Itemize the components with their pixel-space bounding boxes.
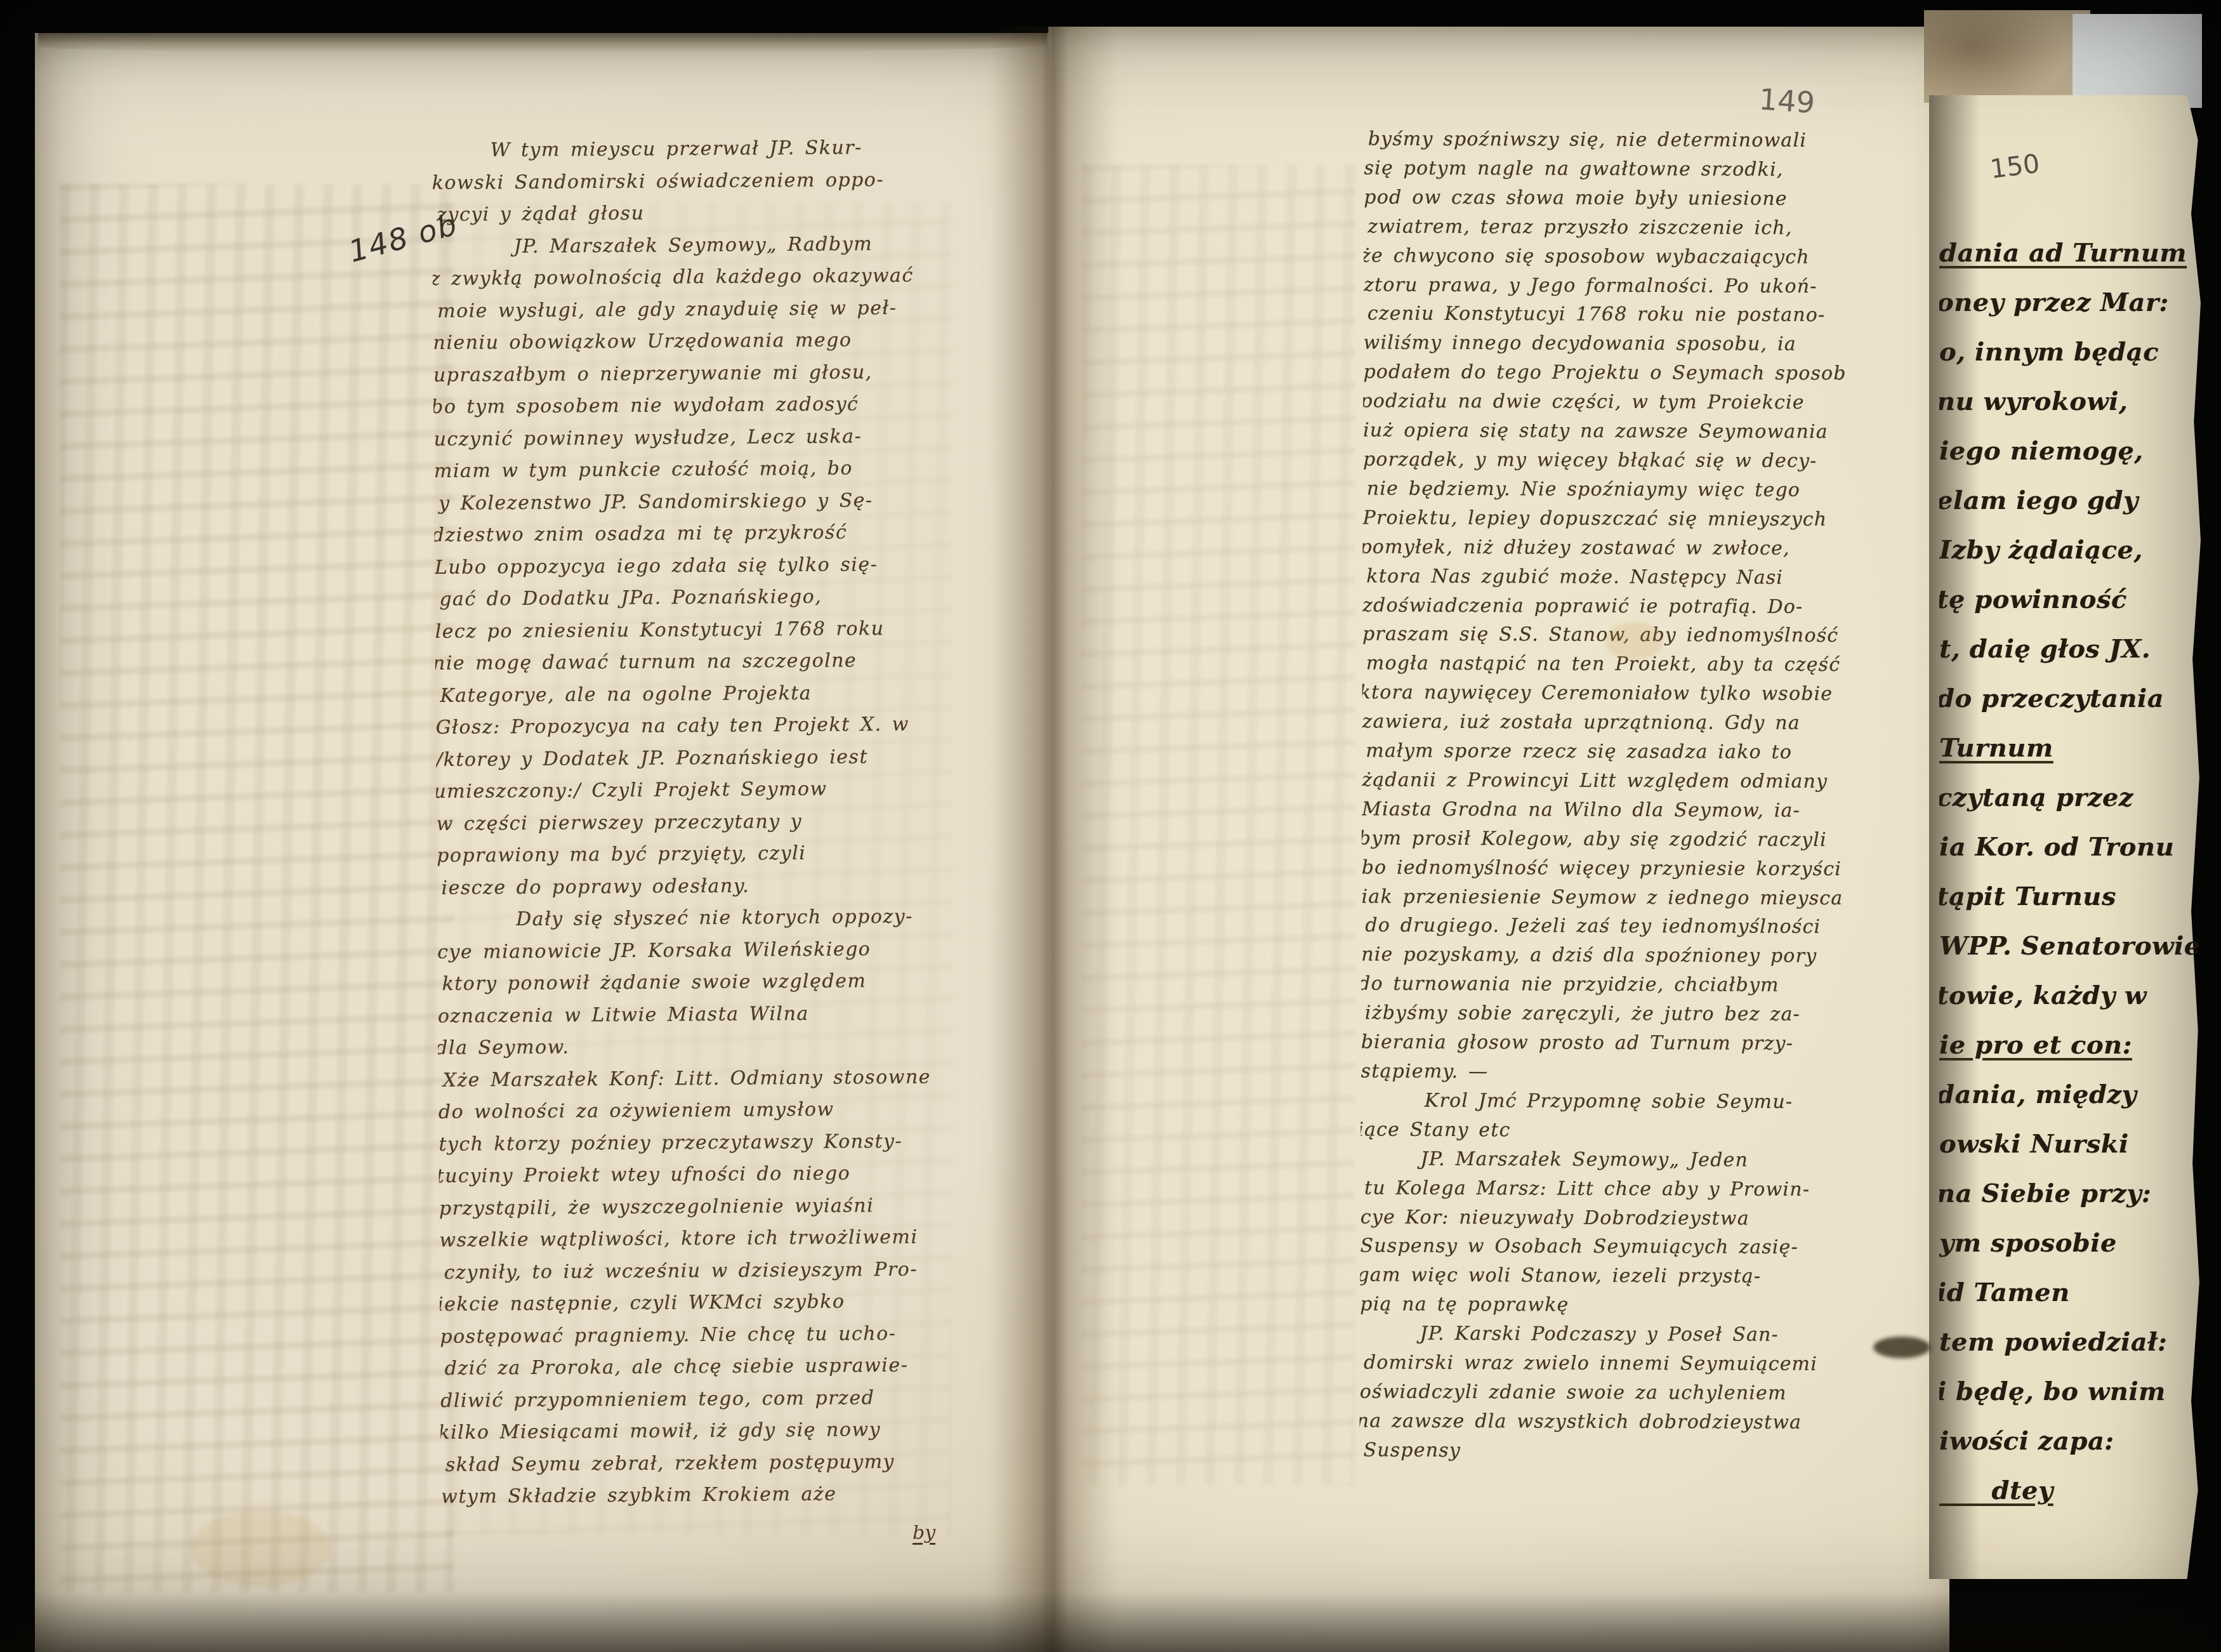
- handwritten-line: w części pierwszey przeczytany y: [437, 805, 973, 840]
- center-page-handwriting: byśmy spoźniwszy się, nie determinowalis…: [1359, 124, 1914, 1503]
- handwritten-line: Proiektu, lepiey dopuszczać się mnieyszy…: [1363, 503, 1913, 534]
- handwritten-line: pią na tę poprawkę: [1360, 1290, 1909, 1321]
- handwritten-line: o, innym będąc: [1939, 327, 2199, 377]
- handwritten-line: Głosz: Propozycya na cały ten Projekt X.…: [436, 708, 973, 744]
- handwritten-line: Suspensy w Osobach Seymuiących zasię-: [1361, 1232, 1910, 1263]
- handwritten-line: czyniły, to iuż wcześniu w dzisieyszym P…: [444, 1253, 979, 1288]
- handwritten-line: poprawiony ma być przyięty, czyli: [437, 836, 973, 872]
- handwritten-line: iekcie następnie, czyli WKMci szybko: [437, 1285, 974, 1321]
- handwritten-line: stąpiemy. —: [1361, 1057, 1911, 1088]
- handwritten-line: iego niemogę,: [1939, 426, 2199, 476]
- handwritten-line: tych ktorzy poźniey przeczytawszy Konsty…: [438, 1125, 975, 1161]
- handwritten-line: oney przez Mar:: [1939, 278, 2197, 327]
- catchword: by: [913, 1522, 935, 1544]
- handwritten-line: y Kolezenstwo JP. Sandomirskiego y Sę-: [438, 484, 975, 520]
- handwritten-line: tę powinność: [1939, 575, 2197, 624]
- handwritten-line: dzić za Proroka, ale chcę siebie usprawi…: [445, 1349, 979, 1385]
- handwritten-line: Kategorye, ale na ogolne Projekta: [440, 677, 977, 712]
- handwritten-line: ktory ponowił żądanie swoie względem: [442, 965, 978, 1000]
- handwritten-line: iące Stany etc: [1359, 1115, 1907, 1146]
- handwritten-line: iescze do poprawy odesłany.: [441, 868, 978, 904]
- handwritten-line: tu Kolega Marsz: Litt chce aby y Prowin-: [1364, 1173, 1914, 1205]
- handwritten-line: Xże Marszałek Konf: Litt. Odmiany stosow…: [442, 1061, 978, 1096]
- handwritten-line: kilko Miesiącami mowił, iż gdy się nowy: [438, 1413, 975, 1449]
- handwritten-line: zycyi y żądał głosu: [437, 195, 973, 231]
- handwritten-line: oświadczyli zdanie swoie za uchyleniem: [1360, 1377, 1909, 1408]
- handwritten-line: Dały się słyszeć nie ktorych oppozy-: [435, 901, 972, 936]
- handwritten-line: t, daię głos JX.: [1939, 624, 2199, 674]
- handwritten-line: nie mogę dawać turnum na szczegolne: [433, 644, 970, 680]
- handwritten-line: do turnowania nie przyidzie, chciałbym: [1359, 970, 1908, 1001]
- handwritten-line: Miasta Grodna na Wilno dla Seymow, ia-: [1362, 795, 1911, 826]
- handwritten-line: wtym Składzie szybkim Krokiem aże: [441, 1477, 978, 1513]
- handwritten-line: tąpit Turnus: [1939, 872, 2197, 922]
- handwritten-line: Suspensy: [1363, 1436, 1913, 1467]
- handwritten-line: ztoru prawa, y Jego formalności. Po ukoń…: [1364, 270, 1913, 301]
- left-page-handwriting: W tym mieyscu przerwał JP. Skur-kowski S…: [432, 131, 979, 1550]
- handwritten-line: WPP. Senatorowie: [1939, 922, 2199, 971]
- handwritten-line: do przeczytania: [1939, 674, 2197, 724]
- handwritten-line: podałem do tego Projektu o Seymach sposo…: [1363, 358, 1913, 389]
- handwritten-line: gać do Dodatku JPa. Poznańskiego,: [439, 580, 976, 616]
- ink-blot: [1873, 1337, 1930, 1358]
- handwritten-line: JP. Karski Podczaszy y Poseł San-: [1360, 1319, 1909, 1351]
- handwritten-line: byśmy spoźniwszy się, nie determinowali: [1368, 125, 1914, 156]
- handwritten-line: porządek, y my więcey błąkać się w decy-: [1363, 445, 1913, 476]
- right-page-handwriting: dania ad Turnumoney przez Mar:o, innym b…: [1939, 228, 2199, 1555]
- handwritten-line: umieszczony:/ Czyli Projekt Seymow: [433, 772, 970, 808]
- paper-fragment-pale: [2073, 14, 2202, 108]
- handwritten-line: id Tamen: [1939, 1268, 2197, 1318]
- handwritten-line: się potym nagle na gwałtowne srzodki,: [1364, 154, 1913, 185]
- manuscript-scan: W tym mieyscu przerwał JP. Skur-kowski S…: [0, 0, 2221, 1652]
- handwritten-line: do wolności za ożywieniem umysłow: [438, 1093, 975, 1128]
- handwritten-line: na zawsze dla wszystkich dobrodzieystwa: [1359, 1406, 1906, 1437]
- handwritten-line: dziestwo znim osadza mi tę przykrość: [432, 516, 968, 552]
- handwritten-line: JP. Marszałek Seymowy„ Radbym: [432, 228, 969, 263]
- handwritten-line: bym prosił Kolegow, aby się zgodzić racz…: [1359, 824, 1908, 855]
- handwritten-line: dania ad Turnum: [1939, 228, 2199, 278]
- handwritten-line: gam więc woli Stanow, iezeli przystą-: [1359, 1261, 1906, 1292]
- handwritten-line: postępować pragniemy. Nie chcę tu ucho-: [440, 1318, 977, 1353]
- handwritten-line: zwiatrem, teraz przyszło ziszczenie ich,: [1368, 212, 1914, 243]
- handwritten-line: /ktorey y Dodatek JP. Poznańskiego iest: [436, 741, 973, 776]
- handwritten-line: skład Seymu zebrał, rzekłem postępuymy: [445, 1445, 979, 1481]
- handwritten-line: żądanii z Prowincyi Litt względem odmian…: [1362, 765, 1911, 796]
- handwritten-line: moie wysługi, ale gdy znayduię się w peł…: [437, 292, 974, 327]
- handwritten-line: uczynić powinney wysłudze, Lecz uska-: [433, 420, 970, 456]
- handwritten-line: iak przeniesienie Seymow z iednego mieys…: [1361, 882, 1911, 913]
- handwritten-line: dtey: [1939, 1466, 2197, 1516]
- handwritten-line: iwości zapa:: [1939, 1417, 2199, 1466]
- handwritten-line: zdoświadczenia poprawić ie potrafią. Do-: [1362, 591, 1912, 622]
- handwritten-line: że chwycono się sposobow wybaczaiących: [1361, 241, 1910, 272]
- handwritten-line: Lubo oppozycya iego zdała się tylko się-: [435, 548, 972, 584]
- handwritten-line: bierania głosow prosto ad Turnum przy-: [1361, 1028, 1911, 1059]
- handwritten-line: i będę, bo wnim: [1939, 1367, 2197, 1417]
- paper-stain: [1605, 622, 1663, 660]
- handwritten-line: cye mianowicie JP. Korsaka Wileńskiego: [437, 933, 974, 968]
- paper-stain: [190, 1510, 330, 1587]
- handwritten-line: nie pozyskamy, a dziś dla spoźnioney por…: [1361, 941, 1911, 972]
- handwritten-line: kowski Sandomirski oświadczeniem oppo-: [432, 164, 969, 199]
- handwritten-line: Izby żądaiące,: [1939, 525, 2199, 575]
- handwritten-line: z zwykłą powolnością dla każdego okazywa…: [432, 260, 967, 295]
- handwritten-line: na Siebie przy:: [1939, 1169, 2197, 1219]
- handwritten-line: JP. Marszałek Seymowy„ Jeden: [1361, 1144, 1910, 1175]
- folio-number-150: 150: [1988, 148, 2041, 184]
- handwritten-line: nu wyrokowi,: [1939, 377, 2197, 426]
- handwritten-line: ktora Nas zgubić może. Następcy Nasi: [1366, 562, 1914, 593]
- handwritten-line: Krol Jmć Przypomnę sobie Seymu-: [1364, 1086, 1913, 1117]
- handwritten-line: iuż opiera się staty na zawsze Seymowani…: [1363, 416, 1913, 447]
- handwritten-line: Turnum: [1939, 724, 2199, 773]
- paper-fragment-tan: [1924, 10, 2090, 103]
- handwritten-line: dania, między: [1939, 1070, 2197, 1120]
- handwritten-line: pod ow czas słowa moie były uniesione: [1364, 183, 1913, 214]
- handwritten-line: bo tym sposobem nie wydołam zadosyć: [432, 388, 968, 423]
- handwritten-line: wiliśmy innego decydowania sposobu, ia: [1364, 329, 1913, 360]
- handwritten-line: cye Kor: nieuzywały Dobrodzieystwa: [1361, 1203, 1910, 1234]
- handwritten-line: dla Seymow.: [435, 1029, 972, 1064]
- handwritten-line: ym sposobie: [1939, 1219, 2199, 1268]
- torn-top-edge: [38, 33, 1047, 52]
- handwritten-line: tem powiedział:: [1939, 1318, 2199, 1367]
- handwritten-line: nieniu obowiązkow Urzędowania mego: [433, 324, 970, 359]
- handwritten-line: tucyiny Proiekt wtey ufności do niego: [437, 1157, 973, 1193]
- handwritten-line: elam iego gdy: [1939, 476, 2197, 525]
- handwritten-line: przystąpili, że wyszczegolnienie wyiaśni: [439, 1189, 976, 1225]
- handwritten-line: nie będziemy. Nie spoźniaymy więc tego: [1367, 474, 1914, 505]
- folio-number-149: 149: [1758, 82, 1816, 120]
- handwritten-line: ktora naywięcey Ceremoniałow tylko wsobi…: [1359, 678, 1909, 710]
- handwritten-line: podziału na dwie części, w tym Proiekcie: [1360, 387, 1909, 418]
- handwritten-line: ia Kor. od Tronu: [1939, 823, 2199, 872]
- handwritten-line: owski Nurski: [1939, 1120, 2199, 1169]
- handwritten-line: W tym mieyscu przerwał JP. Skur-: [432, 131, 966, 167]
- handwritten-line: ie pro et con:: [1939, 1021, 2199, 1070]
- handwritten-line: małym sporze rzecz się zasadza iako to: [1366, 737, 1914, 768]
- handwritten-line: wszelkie wątpliwości, ktore ich trwożliw…: [439, 1221, 976, 1257]
- handwritten-line: czytaną przez: [1939, 773, 2197, 823]
- handwritten-line: domirski wraz zwielo innemi Seymuiącemi: [1364, 1349, 1913, 1380]
- handwritten-line: czeniu Konstytucyi 1768 roku nie postano…: [1368, 300, 1914, 331]
- handwritten-line: iżbyśmy sobie zaręczyli, że jutro bez za…: [1365, 999, 1914, 1030]
- handwritten-line: do drugiego. Jeżeli zaś tey iednomyślnoś…: [1365, 911, 1913, 942]
- handwritten-line: miam w tym punkcie czułość moią, bo: [434, 452, 971, 487]
- handwritten-line: dliwić przypomnieniem tego, com przed: [440, 1382, 977, 1417]
- handwritten-line: towie, każdy w: [1939, 971, 2197, 1021]
- handwritten-line: lecz po zniesieniu Konstytucyi 1768 roku: [435, 612, 972, 648]
- handwritten-line: oznaczenia w Litwie Miasta Wilna: [438, 997, 975, 1033]
- handwritten-line: bo iednomyślność więcey przyniesie korzy…: [1362, 853, 1911, 884]
- handwritten-line: zawiera, iuż została uprzątnioną. Gdy na: [1362, 708, 1911, 739]
- handwritten-line: pomyłek, niż dłużey zostawać w zwłoce,: [1359, 532, 1909, 564]
- handwritten-line: upraszałbym o nieprzerywanie mi głosu,: [433, 356, 970, 392]
